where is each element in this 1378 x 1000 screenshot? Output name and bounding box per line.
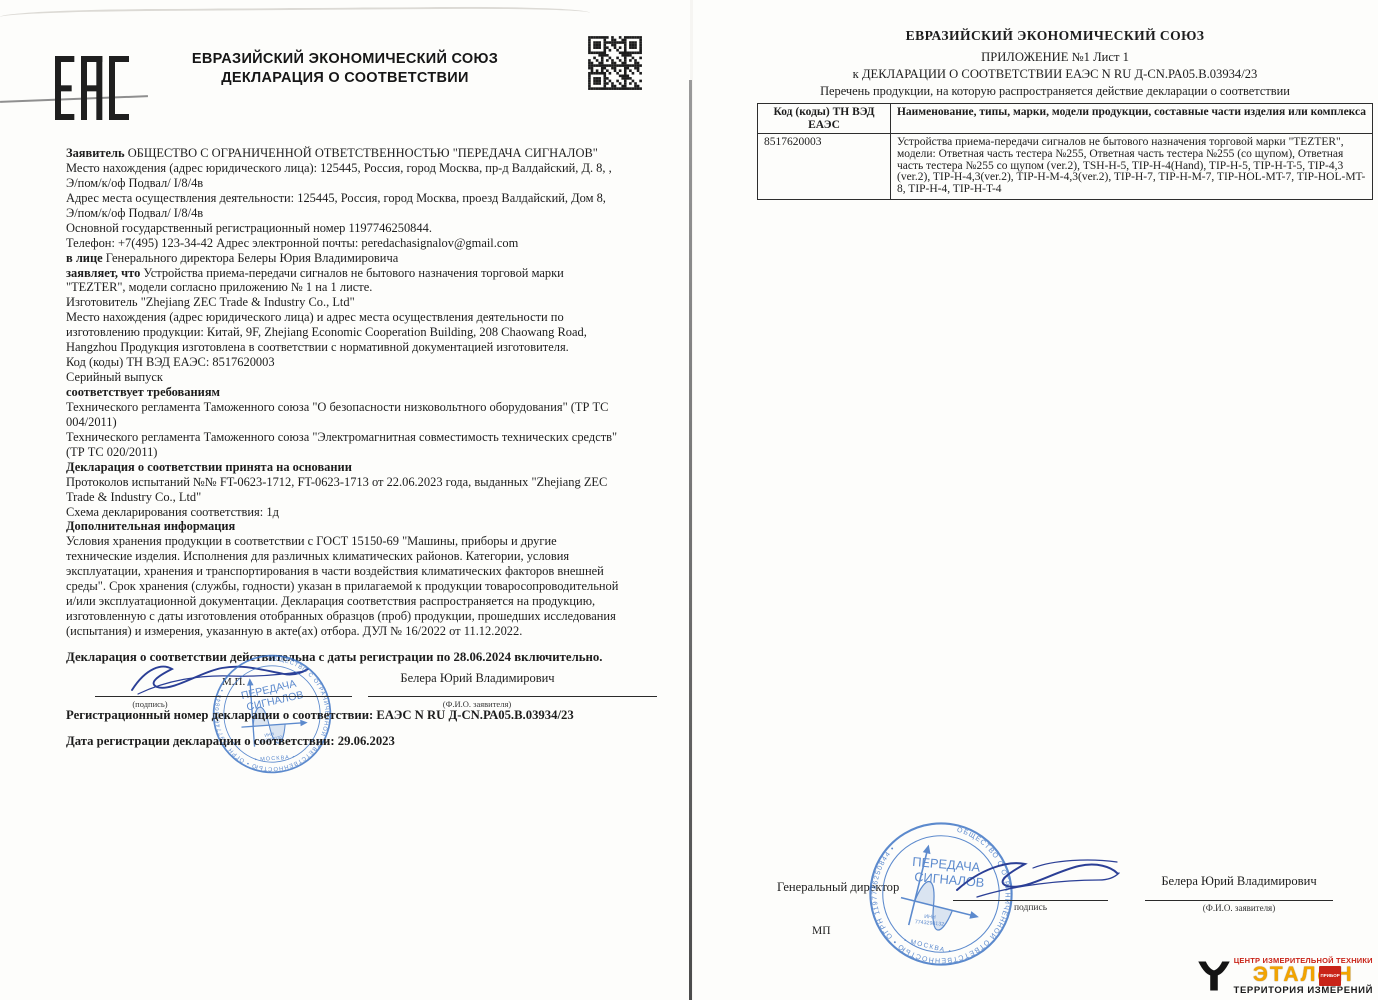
body-line: в лице Генерального директора Белеры Юри… [66,251,668,266]
body-line: Технического регламента Таможенного союз… [66,430,668,445]
signature-rule [95,696,352,697]
body-line: Э/пом/к/оф Подвал/ I/8/4в [66,206,668,221]
etalon-tagline-bottom: ТЕРРИТОРИЯ ИЗМЕРЕНИЙ [1234,985,1373,996]
cell-code: 8517620003 [758,134,891,200]
annex-page: ЕВРАЗИЙСКИЙ ЭКОНОМИЧЕСКИЙ СОЮЗ ПРИЛОЖЕНИ… [693,0,1378,1000]
tuning-fork-icon [1197,956,1231,996]
etalon-name-part1: ЭТАЛ [1253,965,1318,985]
union-name: ЕВРАЗИЙСКИЙ ЭКОНОМИЧЕСКИЙ СОЮЗ [755,28,1355,44]
annex-description: Перечень продукции, на которую распростр… [755,84,1355,99]
signature-caption: подпись [983,903,1078,913]
body-line: Условия хранения продукции в соответстви… [66,534,668,549]
body-line: и/или эксплуатационной документации. Дек… [66,594,668,609]
body-line: Hangzhou Продукция изготовлена в соответ… [66,340,668,355]
pribor-badge: ПРИБОР [1319,966,1340,986]
body-line: Место нахождения (адрес юридического лиц… [66,161,668,176]
body-line: среды". Срок хранения (службы, годности)… [66,579,668,594]
body-line: Код (коды) ТН ВЭД ЕАЭС: 8517620003 [66,355,668,370]
body-line: Trade & Industry Co., Ltd" [66,490,668,505]
declaration-title: ДЕКЛАРАЦИЯ О СООТВЕТСТВИИ [150,69,540,88]
qr-code [583,31,647,95]
body-line: Технического регламента Таможенного союз… [66,400,668,415]
body-line: "TEZTER", модели согласно приложению № 1… [66,280,668,295]
products-table: Код (коды) ТН ВЭД ЕАЭС Наименование, тип… [757,103,1373,200]
etalon-wordmark: ЭТАЛ ПРИБОР Н [1253,965,1354,985]
declaration-page: ЕВРАЗИЙСКИЙ ЭКОНОМИЧЕСКИЙ СОЮЗ ДЕКЛАРАЦИ… [0,0,690,1000]
registration-date-line: Дата регистрации декларации о соответств… [66,734,395,749]
applicant-name: Белера Юрий Владимирович [370,671,585,686]
body-line: Э/пом/к/оф Подвал/ I/8/4в [66,176,668,191]
mp-label: МП [812,925,831,937]
fio-caption: (Ф.И.О. заявителя) [1155,903,1323,913]
scan-fold-artifact [0,6,590,24]
body-line: изготовленную с даты изготовления отобра… [66,609,668,624]
body-line: соответствует требованиям [66,385,668,400]
director-signature [951,850,1121,902]
body-line: заявляет, что Устройства приема-передачи… [66,266,668,281]
scanned-declaration-document: ОБЩЕСТВО С ОГРАНИЧЕННОЙ ОТВЕТСТВЕННОСТЬЮ… [0,0,1378,1000]
col-header-name: Наименование, типы, марки, модели продук… [891,104,1373,134]
table-header-row: Код (коды) ТН ВЭД ЕАЭС Наименование, тип… [758,104,1373,134]
body-line: Основной государственный регистрационный… [66,221,668,236]
body-line: Изготовитель "Zhejiang ZEC Trade & Indus… [66,295,668,310]
col-header-code: Код (коды) ТН ВЭД ЕАЭС [758,104,891,134]
annex-title: ПРИЛОЖЕНИЕ №1 Лист 1 [755,50,1355,65]
body-line: Серийный выпуск [66,370,668,385]
table-row: 8517620003Устройства приема-передачи сиг… [758,134,1373,200]
body-line: Протоколов испытаний №№ FT-0623-1712, FT… [66,475,668,490]
union-name: ЕВРАЗИЙСКИЙ ЭКОНОМИЧЕСКИЙ СОЮЗ [150,50,540,69]
globe-icon: ПРИБОР [1318,967,1335,984]
body-line: (ТР ТС 020/2011) [66,445,668,460]
body-line: Заявитель ОБЩЕСТВО С ОГРАНИЧЕННОЙ ОТВЕТС… [66,146,668,161]
body-line: Декларация о соответствии принята на осн… [66,460,668,475]
page-separator-line [689,80,692,1000]
cell-name: Устройства приема-передачи сигналов не б… [891,134,1373,200]
body-line: изготовлению продукции: Китай, 9F, Zheji… [66,325,668,340]
applicant-name: Белера Юрий Владимирович [1145,874,1333,889]
declaration-body: Заявитель ОБЩЕСТВО С ОГРАНИЧЕННОЙ ОТВЕТС… [66,146,668,639]
body-line: технические изделия. Исполнения для разл… [66,549,668,564]
body-line: Дополнительная информация [66,519,668,534]
document-title: ЕВРАЗИЙСКИЙ ЭКОНОМИЧЕСКИЙ СОЮЗ ДЕКЛАРАЦИ… [150,50,540,88]
annex-subtitle: к ДЕКЛАРАЦИИ О СООТВЕТСТВИИ ЕАЭС N RU Д-… [755,67,1355,82]
body-line: Схема декларирования соответствия: 1д [66,505,668,520]
registration-number-line: Регистрационный номер декларации о соотв… [66,708,574,723]
body-line: эксплуатации, хранения и транспортирован… [66,564,668,579]
name-rule [1145,900,1333,901]
annex-header: ЕВРАЗИЙСКИЙ ЭКОНОМИЧЕСКИЙ СОЮЗ ПРИЛОЖЕНИ… [755,28,1355,99]
body-line: Место нахождения (адрес юридического лиц… [66,310,668,325]
signature-rule [953,900,1108,901]
body-line: (испытания) и измерения, указанную в акт… [66,624,668,639]
products-table-body: 8517620003Устройства приема-передачи сиг… [758,134,1373,200]
eac-logo [55,54,135,122]
body-line: Адрес места осуществления деятельности: … [66,191,668,206]
name-rule [368,696,657,697]
body-line: Телефон: +7(495) 123-34-42 Адрес электро… [66,236,668,251]
body-line: 004/2011) [66,415,668,430]
etalon-logo: ЦЕНТР ИЗМЕРИТЕЛЬНОЙ ТЕХНИКИ ЭТАЛ ПРИБОР … [1197,956,1373,996]
